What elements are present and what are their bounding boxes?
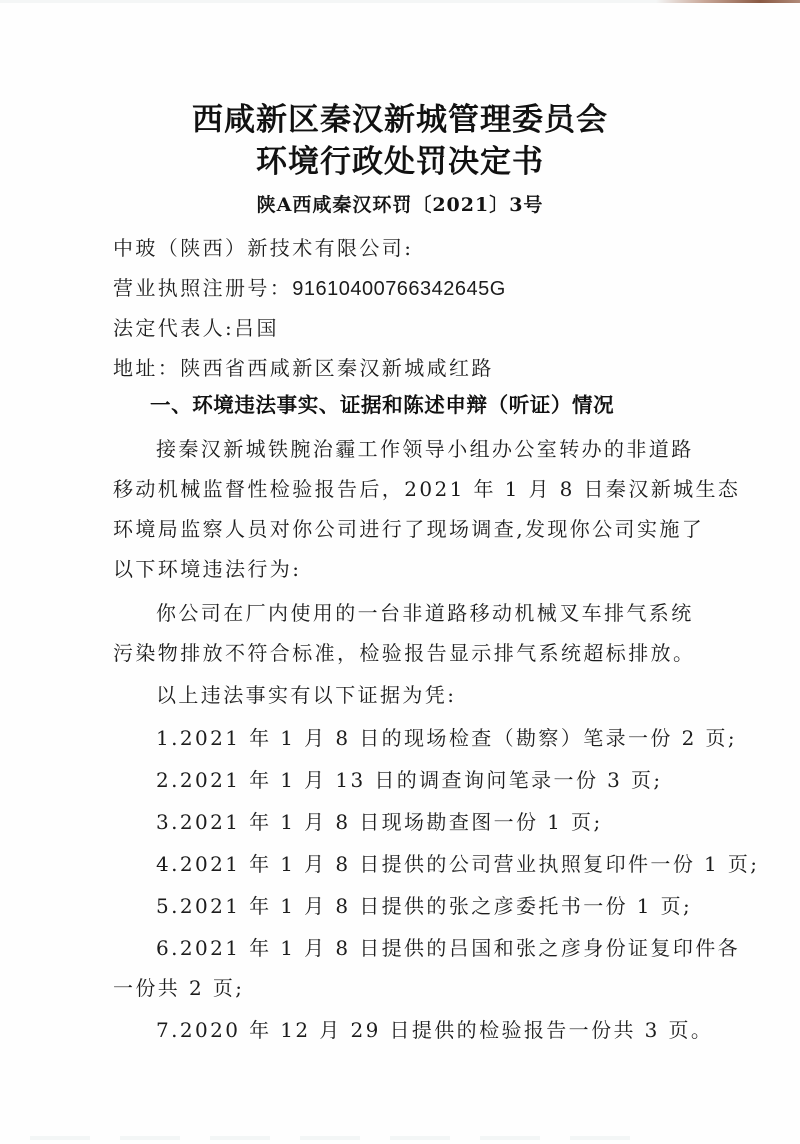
paragraph-line: 环境局监察人员对你公司进行了现场调查,发现你公司实施了	[113, 513, 704, 542]
evidence-item: 6.2021 年 1 月 8 日提供的吕国和张之彦身份证复印件各	[156, 932, 740, 961]
document-number: 陕A西咸秦汉环罚〔2021〕3号	[0, 190, 800, 217]
issuer-title: 西咸新区秦汉新城管理委员会	[0, 94, 800, 139]
registration-label: 营业执照注册号：	[113, 276, 292, 300]
legal-rep-name: 吕国	[234, 316, 279, 340]
evidence-item: 7.2020 年 12 月 29 日提供的检验报告一份共 3 页。	[156, 1014, 713, 1043]
paragraph-line: 你公司在厂内使用的一台非道路移动机械叉车排气系统	[156, 597, 694, 626]
evidence-item: 4.2021 年 1 月 8 日提供的公司营业执照复印件一份 1 页;	[156, 848, 759, 877]
address-line: 地址：陕西省西咸新区秦汉新城咸红路	[113, 352, 494, 381]
evidence-intro: 以上违法事实有以下证据为凭:	[156, 679, 456, 708]
paragraph-line: 移动机械监督性检验报告后，2021 年 1 月 8 日秦汉新城生态	[113, 473, 740, 502]
evidence-item: 3.2021 年 1 月 8 日现场勘查图一份 1 页;	[156, 806, 603, 835]
party-name: 中玻（陕西）新技术有限公司:	[113, 232, 413, 261]
document-page: 西咸新区秦汉新城管理委员会 环境行政处罚决定书 陕A西咸秦汉环罚〔2021〕3号…	[0, 0, 800, 1144]
legal-rep-label: 法定代表人:	[113, 316, 234, 340]
section-heading: 一、环境违法事实、证据和陈述申辩（听证）情况	[150, 388, 614, 418]
evidence-item-continued: 一份共 2 页;	[113, 972, 244, 1001]
legal-rep-line: 法定代表人:吕国	[113, 312, 279, 341]
paragraph-line: 污染物排放不符合标准，检验报告显示排气系统超标排放。	[113, 637, 695, 666]
address-value: 陕西省西咸新区秦汉新城咸红路	[180, 356, 494, 380]
paragraph-line: 以下环境违法行为:	[113, 553, 301, 582]
registration-number: 91610400766342645G	[292, 278, 506, 300]
scan-bottom-edge	[30, 1136, 650, 1140]
document-title: 环境行政处罚决定书	[0, 136, 800, 181]
evidence-item: 5.2021 年 1 月 8 日提供的张之彦委托书一份 1 页;	[156, 890, 692, 919]
paragraph-line: 接秦汉新城铁腕治霾工作领导小组办公室转办的非道路	[156, 433, 694, 462]
evidence-item: 2.2021 年 1 月 13 日的调查询问笔录一份 3 页;	[156, 764, 663, 793]
evidence-item: 1.2021 年 1 月 8 日的现场检查（勘察）笔录一份 2 页;	[156, 722, 737, 751]
registration-line: 营业执照注册号：91610400766342645G	[113, 272, 506, 301]
scan-top-edge	[0, 0, 800, 3]
address-label: 地址：	[113, 356, 180, 380]
